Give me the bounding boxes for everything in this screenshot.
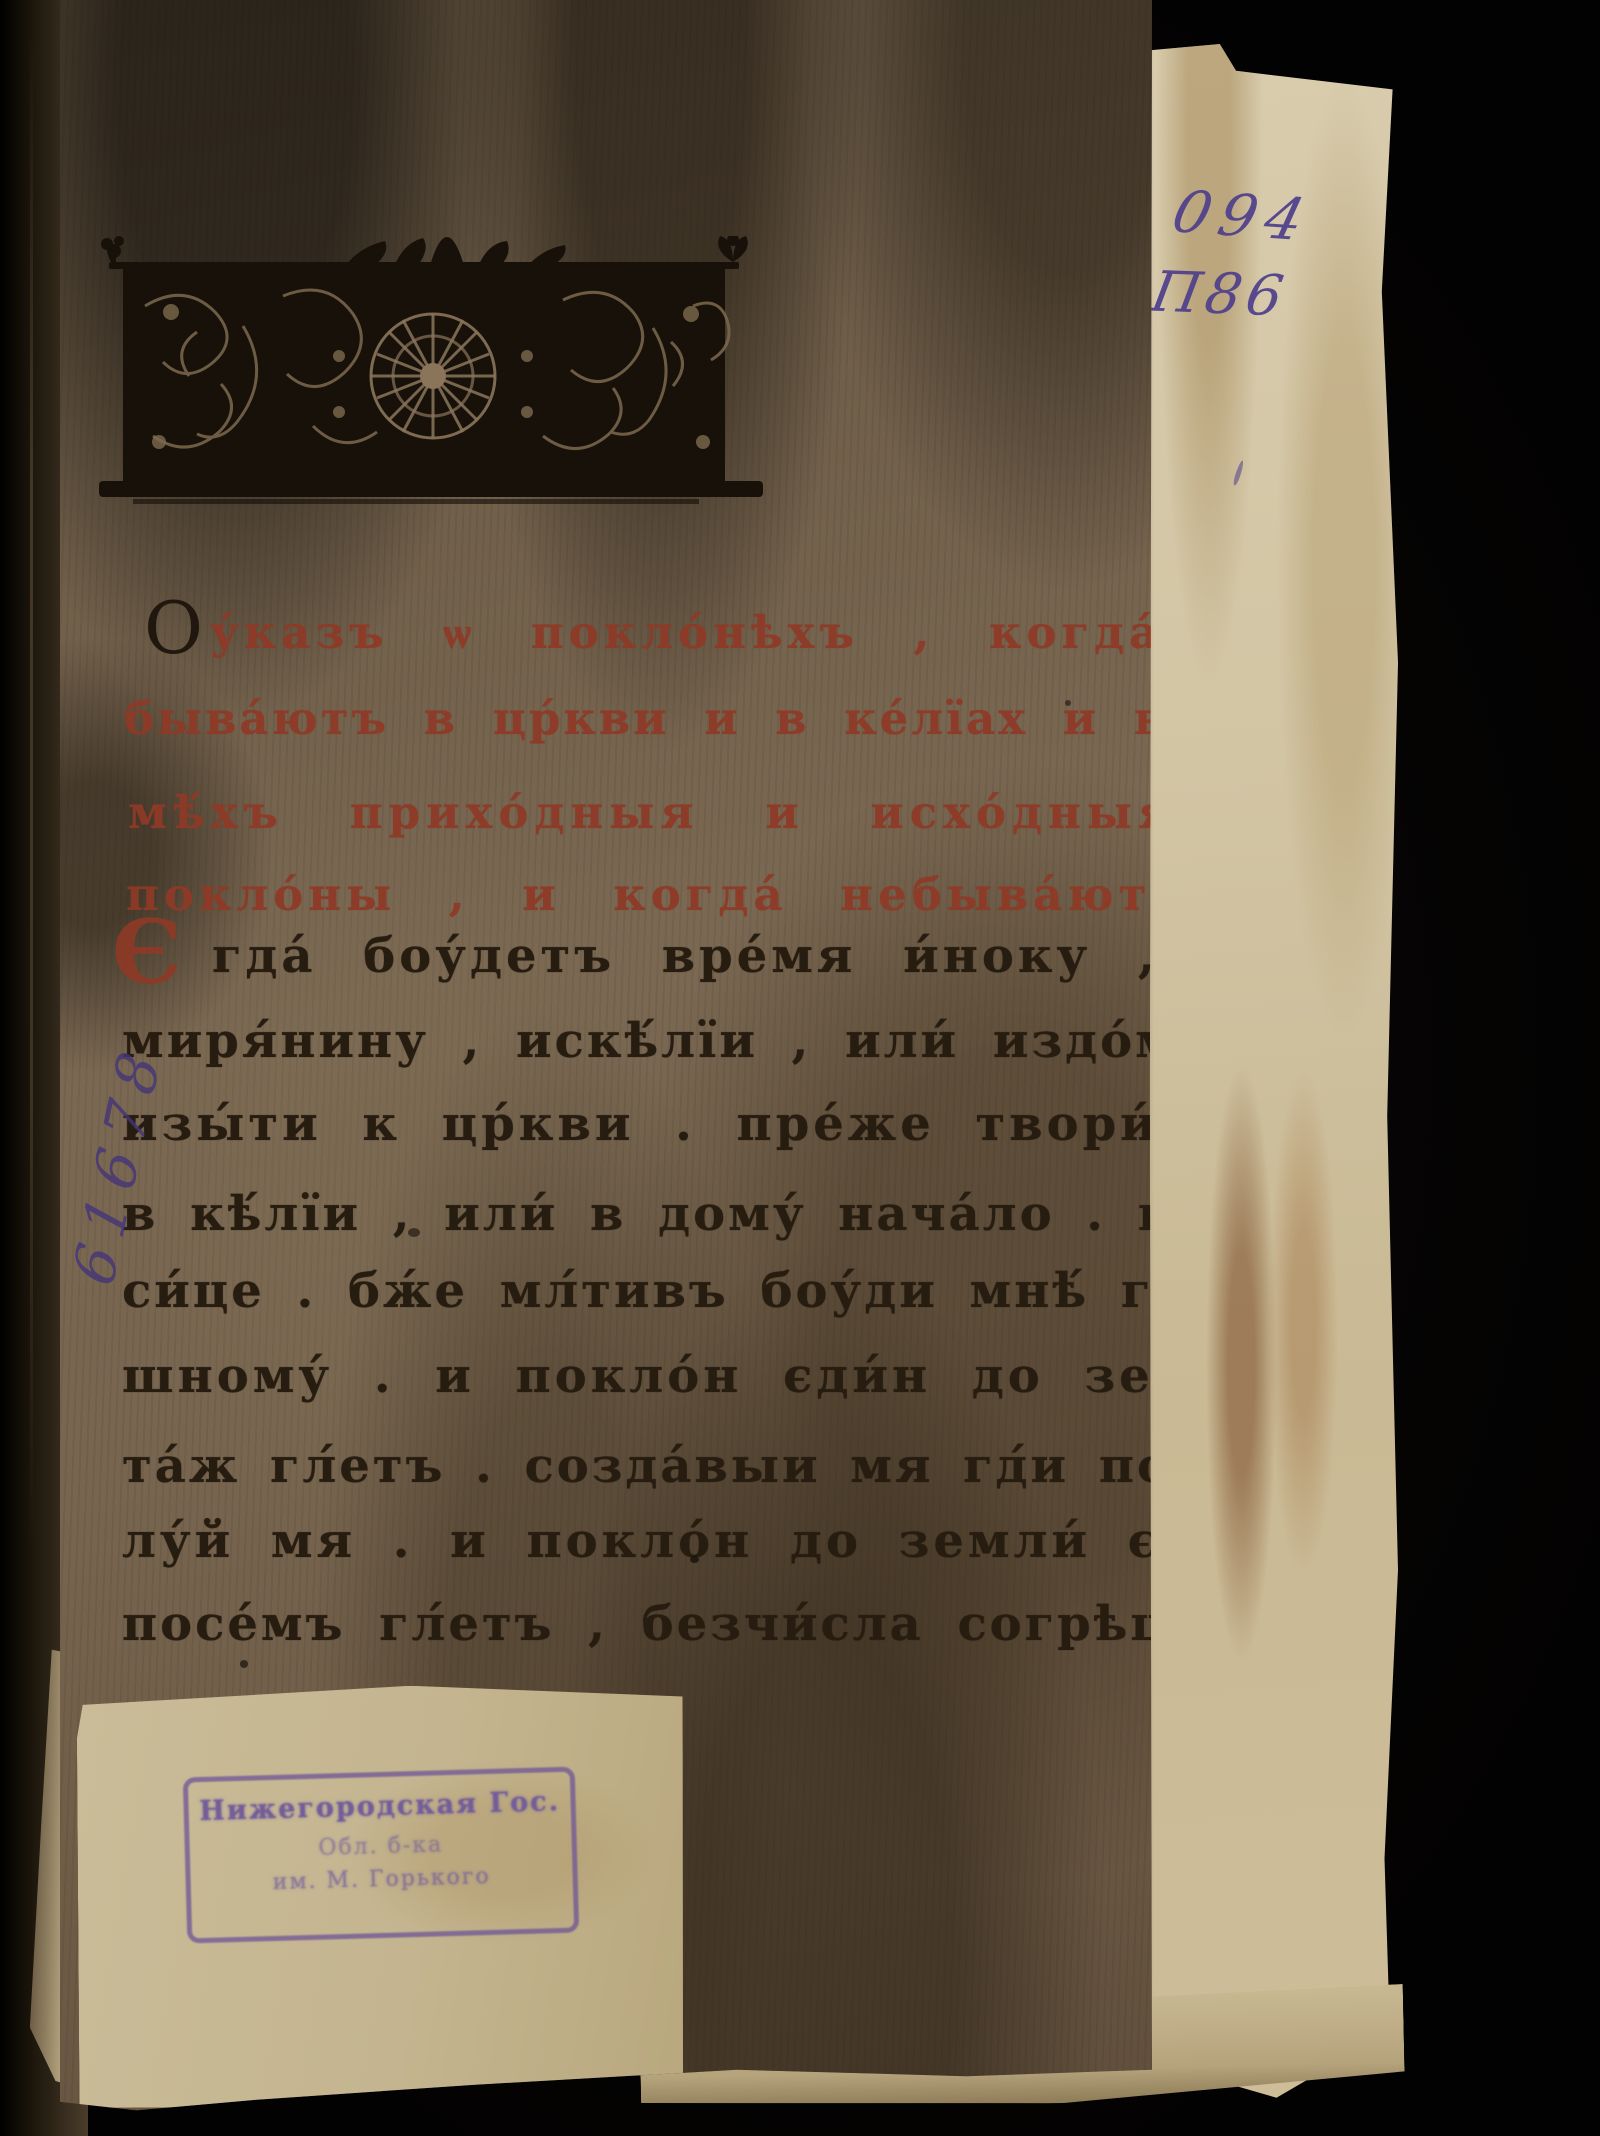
text-line: мѣ́хъ прихо́дныя и исхо́дныя xyxy=(128,786,1177,839)
stamp-text-line: Обл. б-ка xyxy=(189,1829,572,1865)
text-line: посе́мъ гл́етъ , безчи́сла согрѣши́х xyxy=(122,1596,1255,1652)
book-scan: 094 П86 xyxy=(0,0,1600,2136)
call-number-line2: П86 xyxy=(1146,260,1292,329)
book-page: О Є у́казъ ѡ покло́нѣхъ , когда́ быва́ют… xyxy=(60,0,1152,2136)
stamp-text-line: Нижегородская Гос. xyxy=(188,1786,571,1828)
text-line: миря́нину , искѣ́лїи , или́ издо́му xyxy=(122,1013,1214,1069)
accession-number: 61678 xyxy=(60,1033,176,1293)
title-initial-letter: О xyxy=(144,592,203,664)
ink-flourish xyxy=(1232,460,1245,486)
stamp-text-line: им. М. Горького xyxy=(190,1862,573,1898)
headpiece-woodcut-icon xyxy=(93,236,777,538)
text-line: изы́ти к цр́кви . пре́же твори́тъ xyxy=(122,1096,1234,1152)
text-line: у́казъ ѡ покло́нѣхъ , когда́ xyxy=(210,606,1163,659)
flyleaf-page-edge: 094 П86 xyxy=(1128,44,1398,2106)
text-line: в кѣ́лїи , или́ в дому́ нача́ло . гла́ xyxy=(122,1186,1241,1242)
text-line: си́це . бж́е мл́тивъ боу́ди мнѣ́ грѣ́ xyxy=(122,1263,1227,1319)
text-line: та́ж гл́етъ . созда́выи мя гд́и поми́ xyxy=(122,1438,1255,1494)
library-stamp: Нижегородская Гос. Обл. б-ка им. М. Горь… xyxy=(183,1767,579,1944)
body-initial-letter: Є xyxy=(112,908,182,996)
call-number-line1: 094 xyxy=(1166,178,1320,255)
text-line: покло́ны , и когда́ небыва́ютъ . xyxy=(126,868,1264,921)
